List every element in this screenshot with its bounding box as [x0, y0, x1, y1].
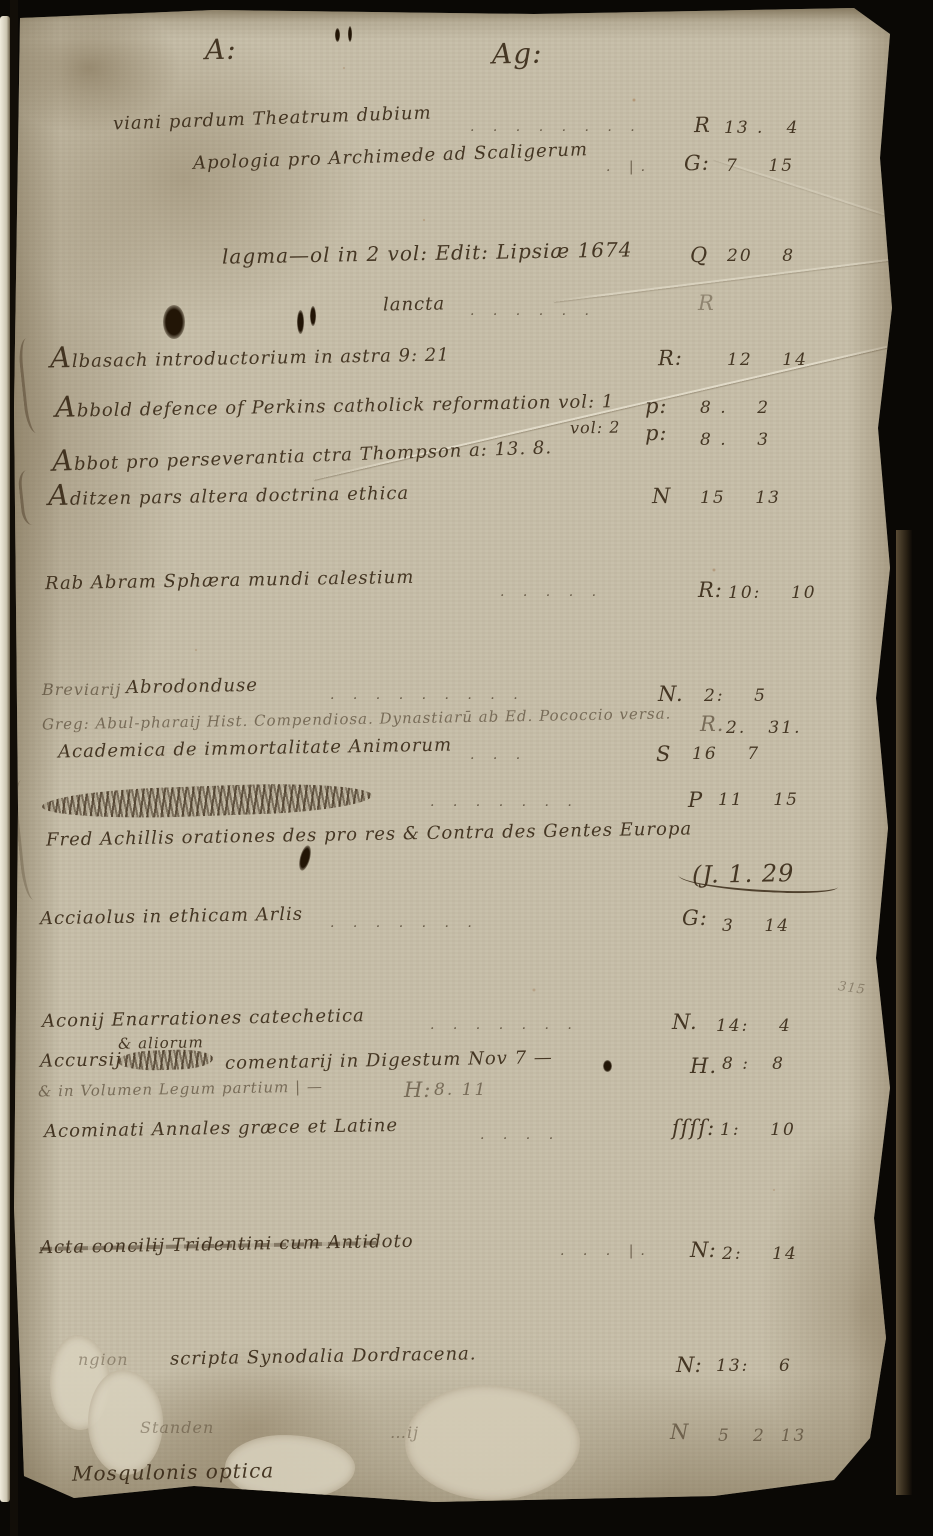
- shelfmark-letter: R:: [698, 580, 723, 601]
- entry-title-prefix: ngion: [78, 1352, 129, 1368]
- ink-blot: [603, 1060, 612, 1072]
- leader-dots: . . . . . . .: [330, 916, 479, 930]
- shelfmark-letter: ſſſſ:: [672, 1118, 715, 1139]
- page-header-center: Ag:: [492, 40, 543, 69]
- shelfmark-letter: R:: [658, 348, 683, 369]
- entry-title-prefix: Breviarij: [42, 682, 121, 698]
- entry-title: lagma—ol in 2 vol: Edit: Lipsiæ 1674: [222, 239, 633, 266]
- entry-title: Acominati Annales græce et Latine: [44, 1117, 398, 1141]
- entry-title: Academica de immortalitate Animorum: [58, 737, 452, 762]
- entry-title: Fred Achillis orationes des pro res & Co…: [46, 820, 692, 849]
- shelfmark-numbers: 11 15: [718, 792, 799, 809]
- leader-dots: . . . . .: [500, 585, 603, 599]
- previous-page-edge: [0, 16, 10, 1502]
- entry-title: Greg: Abul-pharaij Hist. Compendiosa. Dy…: [42, 707, 672, 733]
- shelfmark-numbers: 15 13: [700, 490, 781, 507]
- shelfmark-letter: N: [670, 1422, 689, 1443]
- entry-title-continued: comentarij in Digestum Nov 7 —: [225, 1049, 553, 1073]
- entry-title: Abbot pro perseverantia ctra Thompson a:…: [52, 429, 553, 475]
- shelfmark-numbers: 3 14: [722, 918, 790, 935]
- shelfmark-numbers: 2: 14: [722, 1246, 798, 1263]
- shelfmark-numbers: 1: 10: [720, 1122, 796, 1139]
- shelfmark-letter: P: [688, 790, 703, 811]
- shelfmark-numbers: 16 7: [692, 746, 760, 763]
- entry-title: scripta Synodalia Dordracena.: [170, 1345, 477, 1368]
- crossed-out-entry: [42, 780, 373, 821]
- shelfmark-numbers: 14: 4: [716, 1018, 792, 1035]
- entry-title: Albasach introductorium in astra 9: 21: [50, 337, 450, 373]
- shelfmark-numbers: 2. 31.: [726, 720, 801, 737]
- leader-dots: . . .: [470, 748, 527, 762]
- shelfmark-letter: R.: [700, 714, 725, 735]
- ink-blot: [335, 28, 340, 42]
- leader-dots: . . . |.: [560, 1244, 652, 1258]
- entry-title: viani pardum Theatrum dubium: [113, 104, 432, 133]
- shelfmark-numbers: 7 15: [726, 158, 794, 175]
- ink-blot: [297, 310, 304, 334]
- shelfmark-letter: R: [694, 115, 711, 136]
- shelfmark-numbers: 10: 10: [728, 585, 817, 602]
- ink-blot: [348, 26, 352, 42]
- shelfmark-numbers: 8. 11: [434, 1082, 487, 1099]
- shelfmark-numbers: 2: 5: [704, 688, 767, 705]
- shelfmark-numbers: 5 2 13: [718, 1428, 806, 1445]
- shelfmark-numbers: 20 8: [727, 248, 795, 265]
- manuscript-page: A: Ag: viani pardum Theatrum dubium . . …: [14, 8, 906, 1502]
- leader-dots: . |.: [606, 160, 652, 174]
- manuscript-scan: A: Ag: viani pardum Theatrum dubium . . …: [0, 0, 933, 1536]
- entry-title: vol: 2: [570, 420, 621, 437]
- leader-dots: . . . . . . .: [430, 1018, 579, 1032]
- shelfmark-numbers: 8 . 2: [700, 400, 770, 417]
- shelfmark-letter: p:: [645, 423, 668, 444]
- leader-dots: . . . . . . . . .: [330, 688, 525, 702]
- margin-flourish: [17, 469, 42, 526]
- shelfmark-letter: p:: [645, 396, 668, 417]
- shelfmark-letter: N.: [658, 684, 684, 705]
- page-header-left: A:: [205, 36, 237, 65]
- entry-title: Accursij: [40, 1051, 122, 1070]
- shelfmark-letter: G:: [684, 153, 710, 174]
- shelfmark-letter: R: [698, 293, 715, 314]
- entry-title: Standen: [140, 1420, 214, 1436]
- shelfmark-letter: N:: [676, 1355, 703, 1376]
- shelfmark-letter: N:: [690, 1240, 717, 1261]
- shelfmark-numbers: 12 14: [727, 352, 808, 369]
- pen-swoosh: [678, 867, 839, 895]
- shelfmark-letter: N.: [672, 1012, 698, 1033]
- leader-dots: . . . . . . .: [430, 795, 579, 809]
- entry-title: Aditzen pars altera doctrina ethica: [48, 475, 410, 510]
- ink-blot: [297, 844, 313, 872]
- entry-title: Apologia pro Archimede ad Scaligerum: [193, 141, 588, 173]
- ink-blot: [163, 305, 185, 339]
- ink-blot: [310, 306, 316, 326]
- entry-title: Abbold defence of Perkins catholick refo…: [55, 383, 615, 422]
- leader-dots: . . . . . .: [470, 304, 596, 318]
- entry-title: Acciaolus in ethicam Arlis: [40, 906, 303, 929]
- entry-title: Rab Abram Sphæra mundi calestium: [45, 569, 415, 593]
- shelfmark-letter: H:: [404, 1080, 431, 1101]
- entry-title-continued: …ij: [390, 1425, 419, 1441]
- entry-title: Mosqulonis optica: [72, 1460, 275, 1484]
- entry-title: & in Volumen Legum partium | —: [38, 1080, 323, 1100]
- shelfmark-letter: G:: [682, 908, 708, 929]
- shelfmark-numbers: 8 : 8: [722, 1056, 785, 1073]
- leader-dots: . . . . . . . .: [470, 120, 642, 134]
- leader-dots: . . . .: [480, 1128, 560, 1142]
- page-stack-edge: [896, 530, 912, 1495]
- shelfmark-letter: H.: [690, 1056, 717, 1077]
- entry-title: Aconij Enarrationes catechetica: [42, 1007, 365, 1031]
- repair-patch: [405, 1385, 580, 1500]
- shelfmark-letter: S: [656, 744, 671, 765]
- shelfmark-letter: N: [652, 486, 672, 507]
- shelfmark-numbers: 13 . 4: [724, 120, 799, 137]
- shelfmark-numbers: 8 . 3: [700, 432, 770, 449]
- shelfmark-letter: Q: [690, 245, 709, 266]
- margin-mark: 315: [837, 980, 866, 997]
- shelfmark-numbers: 13: 6: [716, 1358, 792, 1375]
- margin-flourish: [17, 337, 46, 433]
- entry-title: Abrodonduse: [126, 677, 258, 697]
- entry-title: lancta: [383, 295, 445, 314]
